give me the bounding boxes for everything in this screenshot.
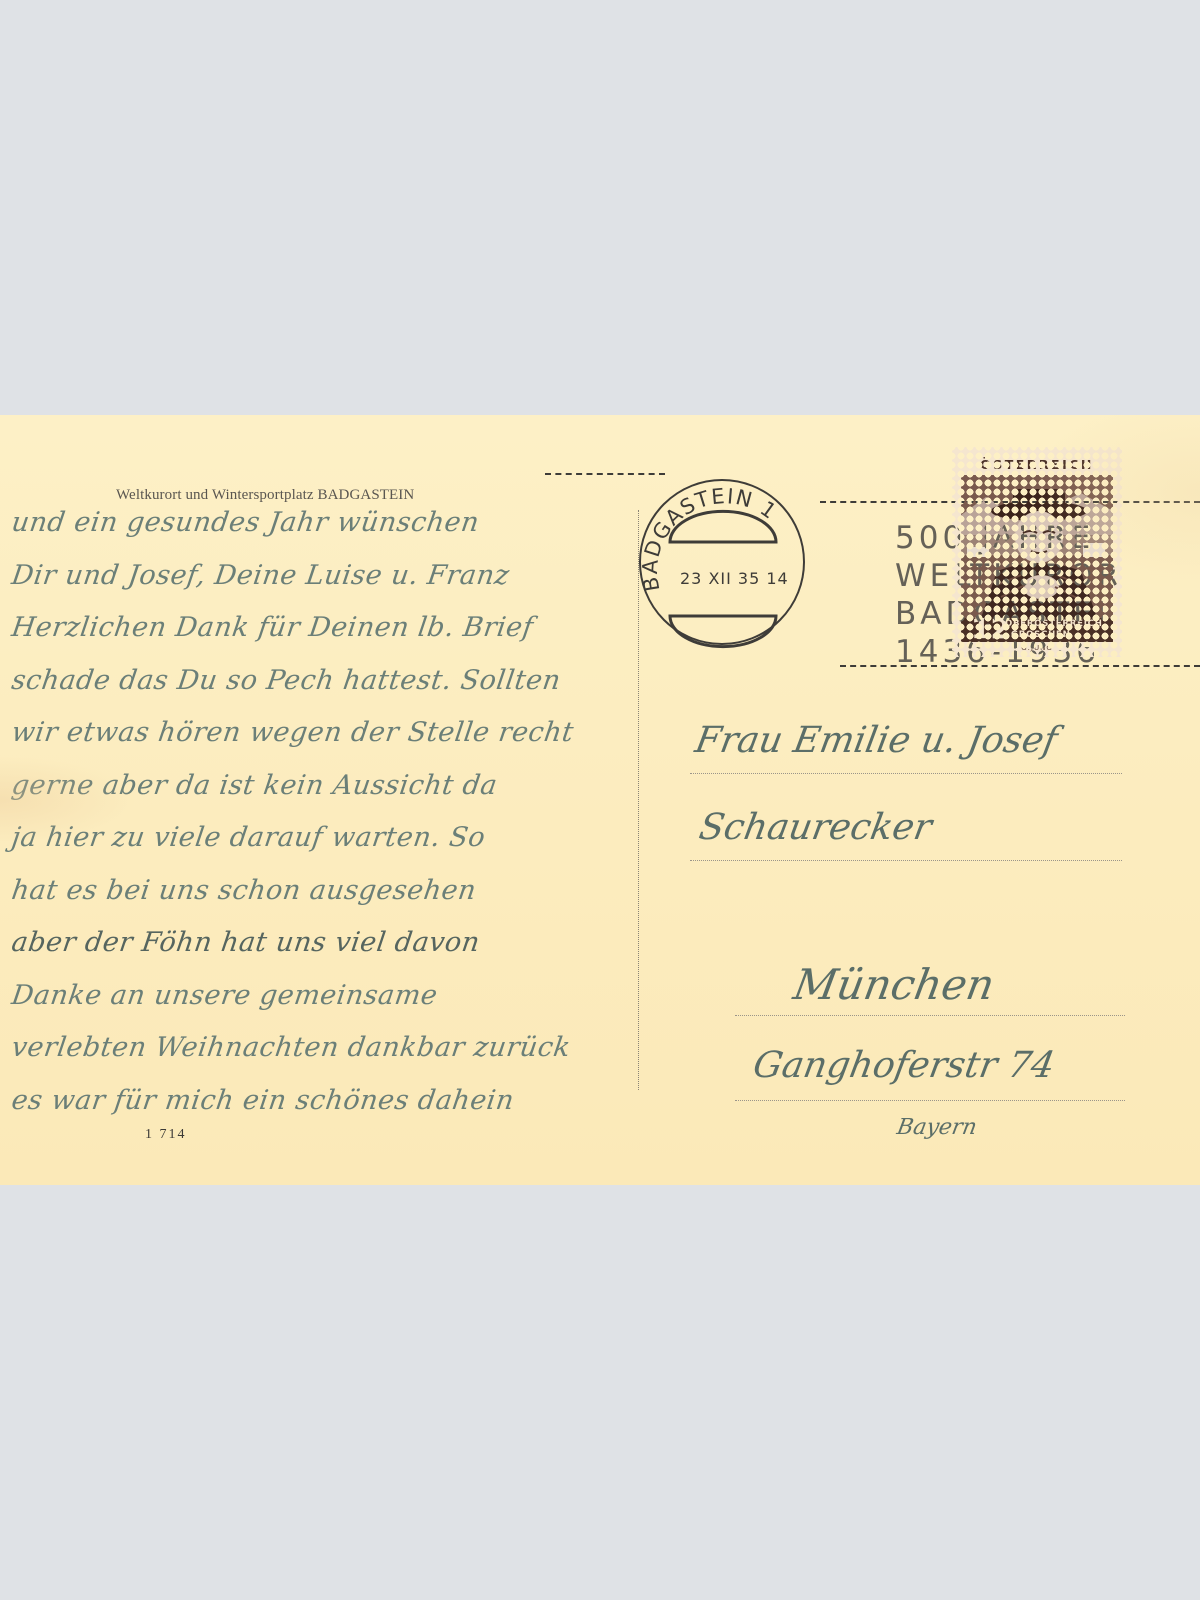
message-line: aber der Föhn hat uns viel davon — [8, 917, 665, 970]
stamp-value-band: 12 OBERÖSTERREICH GROSCHEN — [961, 618, 1113, 642]
handwritten-message: und ein gesundes Jahr wünschen Dir und J… — [8, 497, 658, 1127]
postmark-icon: BADGASTEIN 1 23 XII 35 14 — [630, 470, 815, 655]
postcard: Weltkurort und Wintersportplatz BADGASTE… — [0, 415, 1200, 1185]
address-rule — [690, 773, 1122, 774]
recipient-street: Ganghoferstr 74 — [750, 1045, 1058, 1086]
message-line: gerne aber da ist kein Aussicht da — [8, 760, 665, 813]
message-line: Herzlichen Dank für Deinen lb. Brief — [8, 602, 665, 655]
postmark-date: 23 XII 35 14 — [680, 569, 789, 588]
stamp-portrait-icon — [961, 475, 1113, 618]
stamp-designer: G.JUNG — [961, 644, 1113, 652]
message-line: hat es bei uns schon ausgesehen — [8, 865, 665, 918]
message-line: Dir und Josef, Deine Luise u. Franz — [8, 550, 665, 603]
message-line: wir etwas hören wegen der Stelle recht — [8, 707, 665, 760]
recipient-surname: Schaurecker — [696, 807, 935, 848]
address-rule — [690, 860, 1122, 861]
address-rule — [735, 1015, 1125, 1016]
address-rule — [735, 1100, 1125, 1101]
message-line: ja hier zu viele darauf warten. So — [8, 812, 665, 865]
postage-stamp: ÖSTERREICH — [952, 447, 1122, 657]
message-line: und ein gesundes Jahr wünschen — [8, 497, 665, 550]
message-line: verlebten Weihnachten dankbar zurück — [8, 1022, 665, 1075]
stamp-currency: GROSCHEN — [1011, 630, 1071, 640]
recipient-city: München — [790, 960, 998, 1009]
recipient-region: Bayern — [895, 1115, 979, 1140]
catalog-number: 1 714 — [145, 1127, 187, 1143]
stamp-country: ÖSTERREICH — [961, 457, 1113, 473]
message-line: Danke an unsere gemeinsame — [8, 970, 665, 1023]
message-line: es war für mich ein schönes dahein — [8, 1075, 665, 1128]
stamp-region: OBERÖSTERREICH — [1005, 619, 1103, 629]
message-line: schade das Du so Pech hattest. Sollten — [8, 655, 665, 708]
recipient-name: Frau Emilie u. Josef — [692, 720, 1060, 761]
